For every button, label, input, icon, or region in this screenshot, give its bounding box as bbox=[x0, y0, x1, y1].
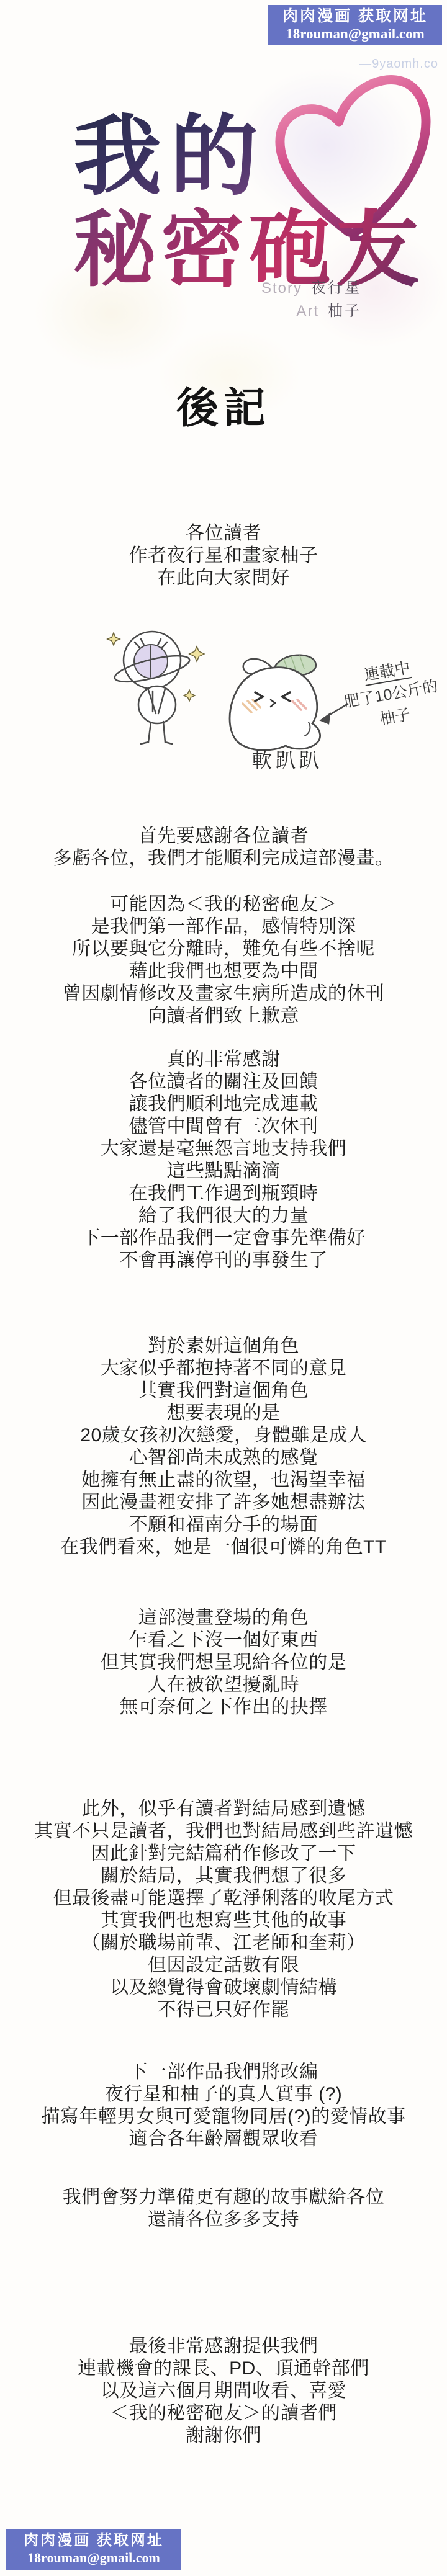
text-line: 真的非常感謝 bbox=[0, 1049, 447, 1071]
text-line: 多虧各位，我們才能順利完成這部漫畫。 bbox=[0, 847, 447, 870]
text-line: 她擁有無止盡的欲望，也渴望幸福 bbox=[0, 1469, 447, 1491]
text-line: 心智卻尚未成熟的感覺 bbox=[0, 1447, 447, 1469]
paragraph-about-suyeon: 對於素妍這個角色大家似乎都抱持著不同的意見其實我們對這個角色想要表現的是20歲女… bbox=[0, 1335, 447, 1559]
text-line: 在此向大家問好 bbox=[0, 567, 447, 589]
text-line: 可能因為＜我的秘密砲友＞ bbox=[0, 893, 447, 916]
text-line: 關於結局，其實我們想了很多 bbox=[0, 1865, 447, 1887]
text-line: 其實我們也想寫些其他的故事 bbox=[0, 1910, 447, 1932]
text-line: 乍看之下沒一個好東西 bbox=[0, 1629, 447, 1652]
text-line: 讓我們順利地完成連載 bbox=[0, 1093, 447, 1116]
text-line: 適合各年齡層觀眾收看 bbox=[0, 2128, 447, 2150]
text-line: 下一部作品我們一定會事先準備好 bbox=[0, 1227, 447, 1250]
text-line: 連載機會的課長、PD、頂通幹部們 bbox=[0, 2358, 447, 2380]
paragraph-thanks-intro: 首先要感謝各位讀者多虧各位，我們才能順利完成這部漫畫。 bbox=[0, 825, 447, 870]
text-line: 不得已只好作罷 bbox=[0, 1999, 447, 2021]
text-line: 所以要與它分離時，難免有些不捨呢 bbox=[0, 938, 447, 960]
paragraph-first-work: 可能因為＜我的秘密砲友＞是我們第一部作品，感情特別深所以要與它分離時，難免有些不… bbox=[0, 893, 447, 1027]
text-line: 夜行星和柚子的真人實事 (?) bbox=[0, 2083, 447, 2106]
text-line: 向讀者們致上歉意 bbox=[0, 1005, 447, 1027]
text-line: 因此漫畫裡安排了許多她想盡辦法 bbox=[0, 1491, 447, 1514]
text-line: 其實不只是讀者，我們也對結局感到些許遺憾 bbox=[0, 1820, 447, 1843]
text-line: 謝謝你們 bbox=[0, 2425, 447, 2447]
text-line: 是我們第一部作品，感情特別深 bbox=[0, 916, 447, 938]
text-line: 此外，似乎有讀者對結局感到遺憾 bbox=[0, 1798, 447, 1820]
text-line: 首先要感謝各位讀者 bbox=[0, 825, 447, 847]
ad-banner-text: 肉肉漫画 获取网址 bbox=[268, 7, 442, 25]
title-credits: Story夜行星 Art柚子 bbox=[261, 277, 361, 323]
paragraph-greeting: 各位讀者作者夜行星和畫家柚子在此向大家問好 bbox=[0, 522, 447, 589]
comic-afterword-page: 肉肉漫画 获取网址 18rouman@gmail.com —9yaomh.co … bbox=[0, 0, 447, 2576]
text-line: 在我們工作遇到瓶頸時 bbox=[0, 1183, 447, 1205]
text-line: 其實我們對這個角色 bbox=[0, 1380, 447, 1402]
paragraph-support: 我們會努力準備更有趣的故事獻給各位還請各位多多支持 bbox=[0, 2186, 447, 2231]
text-line: 不會再讓停刊的事發生了 bbox=[0, 1250, 447, 1272]
text-line: 不願和福南分手的場面 bbox=[0, 1514, 447, 1536]
text-line: 各位讀者的關注及回饋 bbox=[0, 1071, 447, 1093]
text-line: 但最後盡可能選擇了乾淨俐落的收尾方式 bbox=[0, 1887, 447, 1910]
bottom-ad-banner[interactable]: 肉肉漫画 获取网址 18rouman@gmail.com bbox=[6, 2529, 181, 2570]
text-line: 各位讀者 bbox=[0, 522, 447, 545]
text-line: 對於素妍這個角色 bbox=[0, 1335, 447, 1357]
text-line: 無可奈何之下作出的抉擇 bbox=[0, 1696, 447, 1719]
paragraph-gratitude: 真的非常感謝各位讀者的關注及回饋讓我們順利地完成連載儘管中間曾有三次休刊大家還是… bbox=[0, 1049, 447, 1272]
text-line: 曾因劇情修改及畫家生病所造成的休刊 bbox=[0, 983, 447, 1005]
text-line: 在我們看來，她是一個很可憐的角色TT bbox=[0, 1536, 447, 1559]
text-line: 這部漫畫登場的角色 bbox=[0, 1607, 447, 1629]
text-line: 人在被欲望擾亂時 bbox=[0, 1674, 447, 1696]
text-line: （關於職場前輩、江老師和奎莉） bbox=[0, 1932, 447, 1954]
text-line: ＜我的秘密砲友＞的讀者們 bbox=[0, 2402, 447, 2425]
credit-role: Story bbox=[261, 280, 302, 297]
credit-name: 夜行星 bbox=[311, 280, 361, 297]
text-line: 描寫年輕男女與可愛寵物同居(?)的愛情故事 bbox=[0, 2106, 447, 2128]
text-line: 給了我們很大的力量 bbox=[0, 1205, 447, 1227]
paragraph-next-work: 下一部作品我們將改編夜行星和柚子的真人實事 (?)描寫年輕男女與可愛寵物同居(?… bbox=[0, 2061, 447, 2150]
text-line: 因此針對完結篇稍作修改了一下 bbox=[0, 1843, 447, 1865]
paragraph-final-thanks: 最後非常感謝提供我們連載機會的課長、PD、頂通幹部們以及這六個月期間收看、喜愛＜… bbox=[0, 2335, 447, 2447]
top-ad-banner[interactable]: 肉肉漫画 获取网址 18rouman@gmail.com bbox=[268, 5, 442, 45]
text-line: 20歲女孩初次戀愛，身體雖是成人 bbox=[0, 1424, 447, 1447]
text-line: 最後非常感謝提供我們 bbox=[0, 2335, 447, 2358]
text-line: 大家似乎都抱持著不同的意見 bbox=[0, 1357, 447, 1380]
text-line: 但因設定話數有限 bbox=[0, 1954, 447, 1977]
text-line: 儘管中間曾有三次休刊 bbox=[0, 1116, 447, 1138]
ad-banner-email: 18rouman@gmail.com bbox=[6, 2551, 181, 2565]
credit-name: 柚子 bbox=[328, 303, 361, 320]
text-line: 想要表現的是 bbox=[0, 1402, 447, 1424]
paragraph-characters: 這部漫畫登場的角色乍看之下沒一個好東西但其實我們想呈現給各位的是人在被欲望擾亂時… bbox=[0, 1607, 447, 1719]
planet-head-person-figure bbox=[112, 632, 192, 744]
ad-banner-email: 18rouman@gmail.com bbox=[268, 26, 442, 42]
text-line: 作者夜行星和畫家柚子 bbox=[0, 545, 447, 567]
credit-story: Story夜行星 bbox=[261, 277, 361, 300]
text-line: 下一部作品我們將改編 bbox=[0, 2061, 447, 2083]
credit-art: Art柚子 bbox=[261, 300, 361, 323]
paragraph-ending: 此外，似乎有讀者對結局感到遺憾其實不只是讀者，我們也對結局感到些許遺憾因此針對完… bbox=[0, 1798, 447, 2021]
credit-role: Art bbox=[296, 303, 319, 320]
text-line: 但其實我們想呈現給各位的是 bbox=[0, 1652, 447, 1674]
afterword-heading: 後記 bbox=[0, 375, 447, 435]
series-title-line2: 秘密砲友 bbox=[55, 184, 442, 303]
text-line: 這些點點滴滴 bbox=[0, 1160, 447, 1183]
text-line: 還請各位多多支持 bbox=[0, 2209, 447, 2231]
text-line: 以及總覺得會破壞劇情結構 bbox=[0, 1977, 447, 1999]
text-line: 大家還是毫無怨言地支持我們 bbox=[0, 1138, 447, 1160]
text-line: 我們會努力準備更有趣的故事獻給各位 bbox=[0, 2186, 447, 2209]
text-line: 以及這六個月期間收看、喜愛 bbox=[0, 2380, 447, 2402]
soft-blob-yuzu-figure bbox=[230, 655, 320, 751]
text-line: 藉此我們也想要為中間 bbox=[0, 960, 447, 983]
doodle-caption: 軟趴趴 bbox=[233, 745, 341, 774]
ad-banner-text: 肉肉漫画 获取网址 bbox=[6, 2533, 181, 2549]
